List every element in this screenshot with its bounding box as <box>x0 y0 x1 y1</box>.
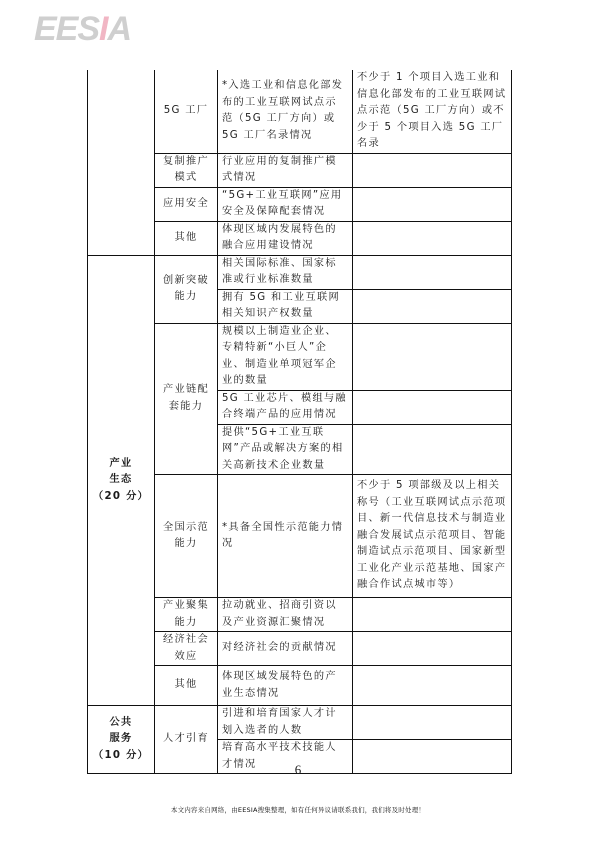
footer-disclaimer: 本文内容来自网络，由EESIA搜集整理，如有任何异议请联系我们，我们将及时处理！ <box>0 805 596 814</box>
standard-cell <box>353 221 512 255</box>
indicator-cell: 规模以上制造业企业、专精特新“小巨人”企业、制造业单项冠军企业的数量 <box>218 323 353 390</box>
category-label: 产业 <box>92 456 150 473</box>
category-label: 服务 <box>92 731 150 748</box>
subcategory-cell: 应用安全 <box>155 187 218 221</box>
subcategory-cell: 经济社会效应 <box>155 632 218 666</box>
standard-cell <box>353 598 512 632</box>
indicator-cell: 5G 工业芯片、模组与融合终端产品的应用情况 <box>218 390 353 424</box>
standard-cell: 不少于 5 项部级及以上相关称号（工业互联网试点示范项目、新一代信息技术与制造业… <box>353 475 512 598</box>
category-score: （20 分） <box>92 489 150 506</box>
indicator-cell: 相关国际标准、国家标准或行业标准数量 <box>218 255 353 289</box>
standard-cell <box>353 666 512 706</box>
subcategory-cell: 其他 <box>155 666 218 706</box>
indicator-cell: *具备全国性示范能力情况 <box>218 475 353 598</box>
standard-cell <box>353 706 512 740</box>
standard-cell <box>353 187 512 221</box>
page-number: 6 <box>0 762 596 778</box>
category-cell-industry-ecology: 产业 生态 （20 分） <box>88 255 155 706</box>
indicator-cell: 拥有 5G 和工业互联网相关知识产权数量 <box>218 289 353 323</box>
standard-cell <box>353 632 512 666</box>
evaluation-table: 5G 工厂 *入选工业和信息化部发布的工业互联网试点示范（5G 工厂方向）或 5… <box>87 70 512 774</box>
indicator-cell: 对经济社会的贡献情况 <box>218 632 353 666</box>
indicator-cell: *入选工业和信息化部发布的工业互联网试点示范（5G 工厂方向）或 5G 工厂名录… <box>218 70 353 153</box>
table-row: 5G 工厂 *入选工业和信息化部发布的工业互联网试点示范（5G 工厂方向）或 5… <box>88 70 512 153</box>
subcategory-cell: 复制推广模式 <box>155 153 218 187</box>
standard-cell: 不少于 1 个项目入选工业和信息化部发布的工业互联网试点示范（5G 工厂方向）或… <box>353 70 512 153</box>
standard-cell <box>353 153 512 187</box>
indicator-cell: 引进和培育国家人才计划入选者的人数 <box>218 706 353 740</box>
subcategory-cell: 其他 <box>155 221 218 255</box>
category-cell <box>88 70 155 255</box>
standard-cell <box>353 255 512 289</box>
indicator-cell: 行业应用的复制推广模式情况 <box>218 153 353 187</box>
category-label: 生态 <box>92 472 150 489</box>
standard-cell <box>353 289 512 323</box>
table-row: 公共 服务 （10 分） 人才引育 引进和培育国家人才计划入选者的人数 <box>88 706 512 740</box>
indicator-cell: 体现区域内发展特色的融合应用建设情况 <box>218 221 353 255</box>
indicator-cell: 拉动就业、招商引资以及产业资源汇聚情况 <box>218 598 353 632</box>
subcategory-cell: 产业聚集能力 <box>155 598 218 632</box>
indicator-cell: 体现区域发展特色的产业生态情况 <box>218 666 353 706</box>
subcategory-cell: 产业链配套能力 <box>155 323 218 475</box>
eesia-logo: EESIA <box>34 10 131 49</box>
category-label: 公共 <box>92 715 150 732</box>
standard-cell <box>353 323 512 390</box>
table-row: 产业 生态 （20 分） 创新突破能力 相关国际标准、国家标准或行业标准数量 <box>88 255 512 289</box>
standard-cell <box>353 390 512 424</box>
indicator-cell: 提供“5G+工业互联网”产品或解决方案的相关高新技术企业数量 <box>218 424 353 475</box>
subcategory-cell: 5G 工厂 <box>155 70 218 153</box>
subcategory-cell: 全国示范能力 <box>155 475 218 598</box>
standard-cell <box>353 424 512 475</box>
indicator-cell: “5G+工业互联网”应用安全及保障配套情况 <box>218 187 353 221</box>
subcategory-cell: 创新突破能力 <box>155 255 218 323</box>
